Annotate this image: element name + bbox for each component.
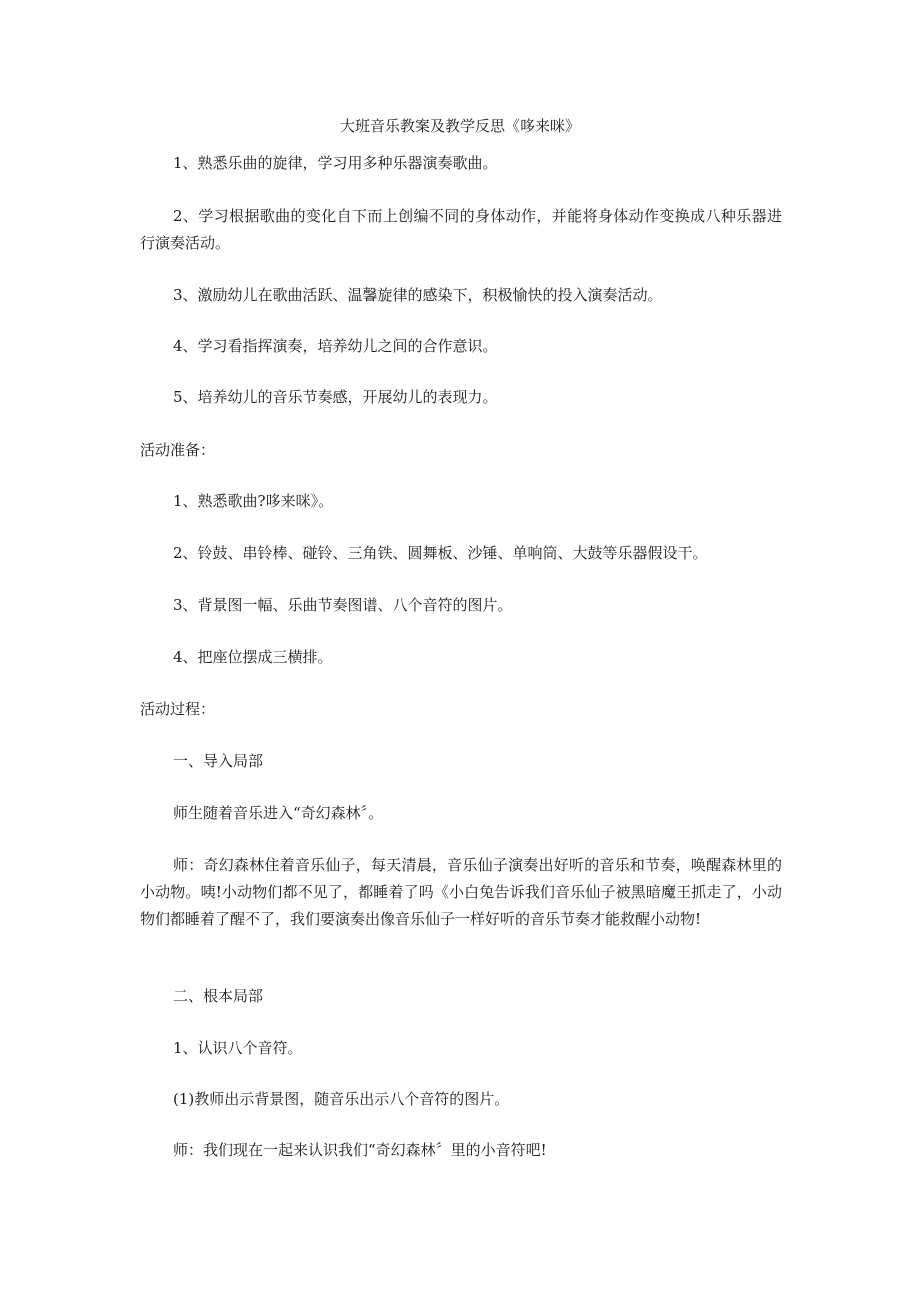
goal-1: 1、熟悉乐曲的旋律，学习用多种乐器演奏歌曲。 <box>140 150 782 177</box>
section-1-dialog: 师：奇幻森林住着音乐仙子，每天清晨，音乐仙子演奏出好听的音乐和节奏，唤醒森林里的… <box>140 852 782 933</box>
preparation-1: 1、熟悉歌曲?哆来咪》。 <box>140 488 782 515</box>
goal-3: 3、激励幼儿在歌曲活跃、温馨旋律的感染下，积极愉快的投入演奏活动。 <box>140 282 782 309</box>
preparation-4: 4、把座位摆成三横排。 <box>140 644 782 671</box>
section-1-intro: 师生随着音乐进入“奇幻森林〞。 <box>140 800 782 827</box>
process-heading: 活动过程： <box>140 696 782 723</box>
section-2-heading: 二、根本局部 <box>140 983 782 1010</box>
preparation-3: 3、背景图一幅、乐曲节奏图谱、八个音符的图片。 <box>140 592 782 619</box>
preparation-2: 2、铃鼓、串铃棒、碰铃、三角铁、圆舞板、沙锤、单响筒、大鼓等乐器假设干。 <box>140 540 782 567</box>
document-page: 大班音乐教案及教学反思《哆来咪》 1、熟悉乐曲的旋律，学习用多种乐器演奏歌曲。 … <box>0 0 920 1302</box>
goal-4: 4、学习看指挥演奏，培养幼儿之间的合作意识。 <box>140 333 782 360</box>
goal-2: 2、学习根据歌曲的变化自下而上创编不同的身体动作，并能将身体动作变换成八种乐器进… <box>140 203 782 257</box>
preparation-heading: 活动准备： <box>140 437 782 464</box>
goal-5: 5、培养幼儿的音乐节奏感，开展幼儿的表现力。 <box>140 384 782 411</box>
section-1-heading: 一、导入局部 <box>140 748 782 775</box>
section-2-item-1: 1、认识八个音符。 <box>140 1035 782 1062</box>
document-title: 大班音乐教案及教学反思《哆来咪》 <box>0 115 920 137</box>
section-2-item-1-dialog: 师：我们现在一起来认识我们“奇幻森林〞里的小音符吧! <box>140 1137 782 1164</box>
section-2-item-1-sub: (1)教师出示背景图，随音乐出示八个音符的图片。 <box>140 1086 782 1113</box>
